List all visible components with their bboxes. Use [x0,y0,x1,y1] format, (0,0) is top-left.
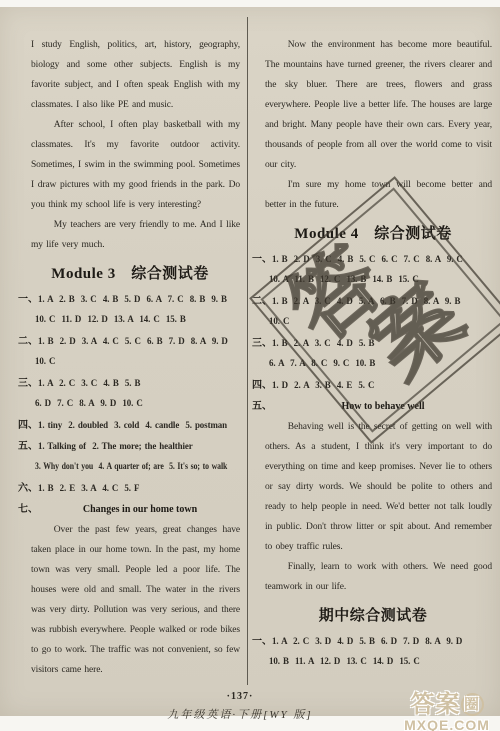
right-column: Now the environment has become more beau… [252,35,494,673]
section-marker: 二、 [18,331,38,352]
answer-line: 10. A 11. B 12. C 13. B 14. B 15. C [252,270,494,291]
answer-line: 10. C [18,352,242,373]
answer-line: 10. B 11. A 12. D 13. C 14. D 15. C [252,652,494,673]
essay-behave-well-end: Finally, learn to work with others. We n… [252,557,494,597]
answer-line: 六、 1. B 2. E 3. A 4. C 5. F [18,478,242,499]
answer-line: 10. C [252,312,494,333]
footer-page-number: ·137· [0,691,480,702]
essay-title: Changes in our home town [38,499,242,520]
paragraph-school-subjects: I study English, politics, art, history,… [18,35,242,115]
answer-text: 1. D 2. A 3. B 4. E 5. C [272,376,374,397]
answer-text: 3. Why don't you 4. A quarter of; are 5.… [35,457,227,478]
section-marker: 六、 [18,478,38,499]
scanned-page: I study English, politics, art, history,… [0,7,500,716]
essay-behave-well: Behaving well is the secret of getting o… [252,417,494,557]
footer-book-label: 九年级英语·下册[WY 版] [0,706,480,722]
answer-text: 6. D 7. C 8. A 9. D 10. C [35,394,143,415]
answer-line: 3. Why don't you 4. A quarter of; are 5.… [18,457,242,478]
section-marker: 四、 [18,415,38,436]
answer-line: 四、 1. D 2. A 3. B 4. E 5. C [252,375,494,396]
section-marker: 七、 [18,499,38,520]
answer-text: 1. A 2. C 3. C 4. B 5. B [38,374,140,395]
answer-line: 二、 1. B 2. D 3. A 4. C 5. C 6. B 7. D 8.… [18,331,242,352]
left-column: I study English, politics, art, history,… [18,35,242,680]
answer-text: 6. A 7. A 8. C 9. C 10. B [269,354,375,375]
essay-title: How to behave well [272,396,494,417]
section-marker: 一、 [18,289,38,310]
answer-text: 10. C [269,312,289,333]
module3-heading: Module 3 综合测试卷 [18,262,242,283]
essay-title-line: 五、 How to behave well [252,396,494,417]
answer-text: 1. Talking of 2. The more; the healthier [38,437,193,458]
answer-text: 1. B 2. D 3. A 4. C 5. C 6. B 7. D 8. A … [38,332,228,353]
section-marker: 五、 [252,396,272,417]
section-marker: 三、 [18,373,38,394]
answer-line: 四、 1. tiny 2. doubled 3. cold 4. candle … [18,415,242,436]
paragraph-teachers: My teachers are very friendly to me. And… [18,215,242,255]
answer-text: 10. C 11. D 12. D 13. A 14. C 15. B [35,310,186,331]
paragraph-after-school: After school, I often play basketball wi… [18,115,242,215]
module4-heading: Module 4 综合测试卷 [252,222,494,243]
section-marker: 二、 [252,291,272,312]
answer-text: 10. B 11. A 12. D 13. C 14. D 15. C [269,652,420,673]
answer-line: 一、 1. B 2. D 3. C 4. B 5. C 6. C 7. C 8.… [252,249,494,270]
midterm-heading: 期中综合测试卷 [252,604,494,625]
answer-line: 10. C 11. D 12. D 13. A 14. C 15. B [18,310,242,331]
answer-text: 10. A 11. B 12. C 13. B 14. B 15. C [269,270,419,291]
answer-line: 三、 1. B 2. A 3. C 4. D 5. B [252,333,494,354]
answer-text: 1. B 2. A 3. C 4. D 5. A 6. B 7. D 8. A … [272,292,460,313]
column-divider [247,17,248,685]
answer-text: 1. B 2. A 3. C 4. D 5. B [272,334,374,355]
section-marker: 一、 [252,249,272,270]
answer-line: 三、 1. A 2. C 3. C 4. B 5. B [18,373,242,394]
section-marker: 五、 [18,436,38,457]
answer-line: 二、 1. B 2. A 3. C 4. D 5. A 6. B 7. D 8.… [252,291,494,312]
answer-text: 1. B 2. E 3. A 4. C 5. F [38,479,139,500]
paragraph-sure-future: I'm sure my home town will become better… [252,175,494,215]
answer-line: 一、 1. A 2. C 3. D 4. D 5. B 6. D 7. D 8.… [252,631,494,652]
section-marker: 四、 [252,375,272,396]
answer-text: 1. B 2. D 3. C 4. B 5. C 6. C 7. C 8. A … [272,250,463,271]
answer-line: 6. D 7. C 8. A 9. D 10. C [18,394,242,415]
paragraph-environment: Now the environment has become more beau… [252,35,494,175]
answer-text: 1. A 2. B 3. C 4. B 5. D 6. A 7. C 8. B … [38,290,227,311]
answer-line: 6. A 7. A 8. C 9. C 10. B [252,354,494,375]
answer-line: 一、 1. A 2. B 3. C 4. B 5. D 6. A 7. C 8.… [18,289,242,310]
essay-changes-home-town: Over the past few years, great changes h… [18,520,242,680]
section-marker: 三、 [252,333,272,354]
answer-text: 10. C [35,352,55,373]
answer-text: 1. tiny 2. doubled 3. cold 4. candle 5. … [38,416,227,437]
answer-line: 五、 1. Talking of 2. The more; the health… [18,436,242,457]
essay-title-line: 七、 Changes in our home town [18,499,242,520]
answer-text: 1. A 2. C 3. D 4. D 5. B 6. D 7. D 8. A … [272,632,462,653]
section-marker: 一、 [252,631,272,652]
